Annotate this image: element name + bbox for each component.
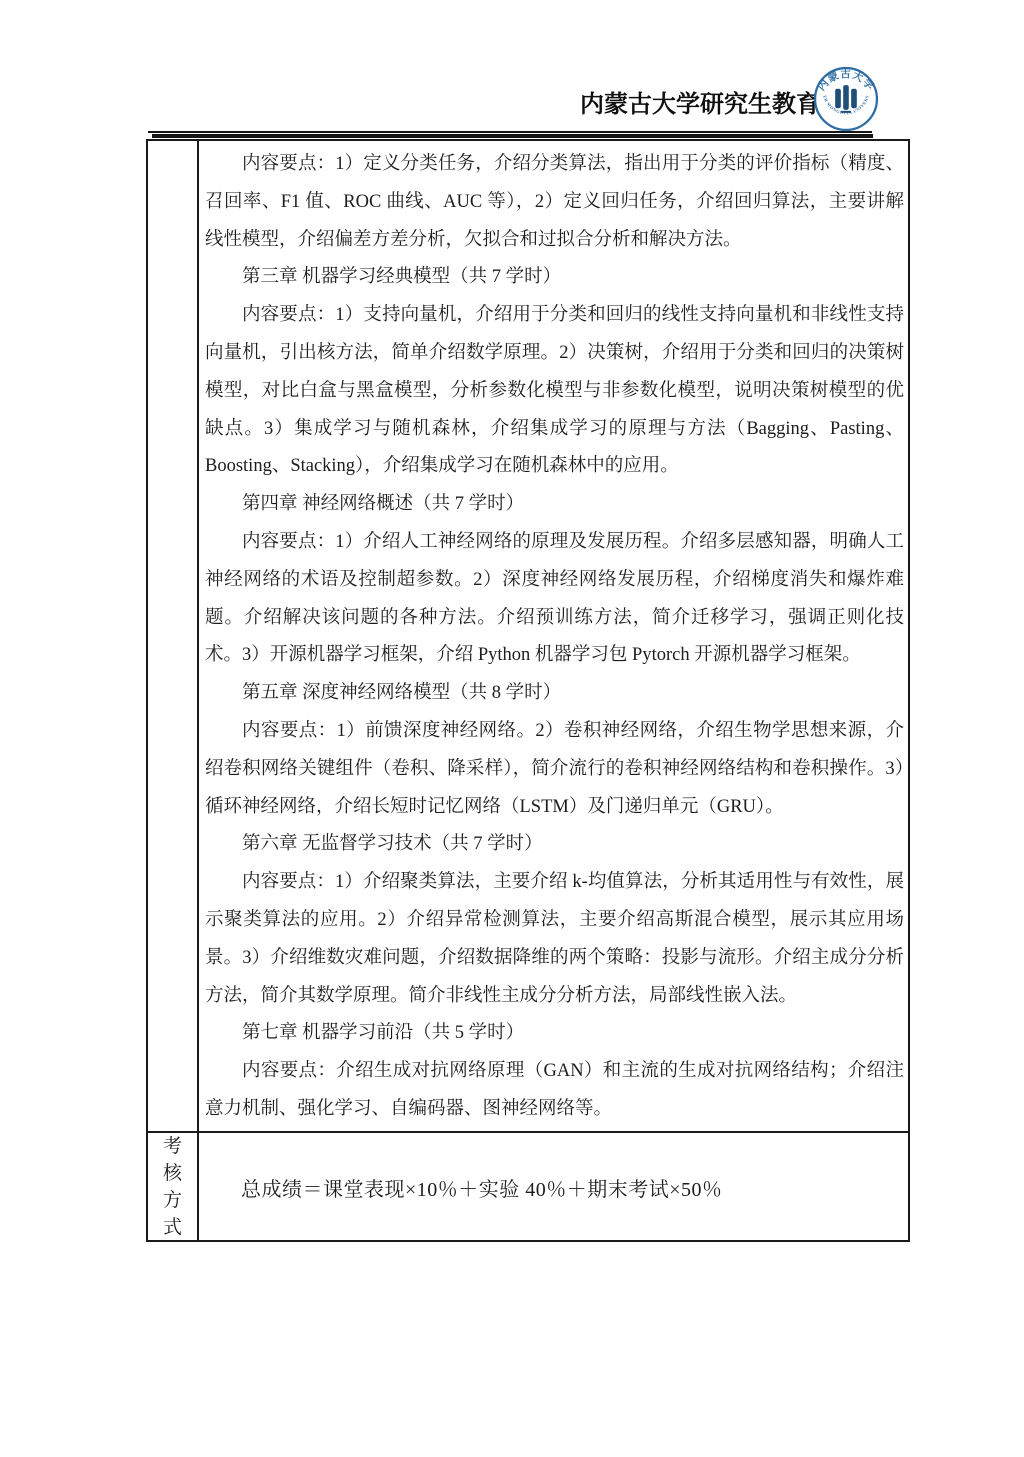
assessment-label-char: 核 [163, 1160, 182, 1187]
content-paragraph: 第四章 神经网络概述（共 7 学时） [205, 486, 904, 524]
syllabus-table: 内容要点：1）定义分类任务，介绍分类算法，指出用于分类的评价指标（精度、召回率、… [146, 139, 910, 1242]
assessment-formula-cell: 总成绩＝课堂表现×10％＋实验 40％＋期末考试×50％ [199, 1133, 908, 1241]
content-paragraph: 内容要点：1）定义分类任务，介绍分类算法，指出用于分类的评价指标（精度、召回率、… [205, 146, 904, 259]
content-paragraph: 内容要点：1）支持向量机，介绍用于分类和回归的线性支持向量机和非线性支持向量机，… [205, 297, 904, 486]
grading-formula: 总成绩＝课堂表现×10％＋实验 40％＋期末考试×50％ [241, 1173, 723, 1202]
table-stub-cell [148, 141, 199, 1133]
content-paragraph: 第三章 机器学习经典模型（共 7 学时） [205, 259, 904, 297]
assessment-method-label: 考 核 方 式 [148, 1133, 199, 1241]
assessment-label-char: 方 [163, 1187, 182, 1214]
content-paragraph: 第七章 机器学习前沿（共 5 学时） [205, 1015, 904, 1053]
assessment-label-char: 式 [163, 1214, 182, 1241]
course-content-cell: 内容要点：1）定义分类任务，介绍分类算法，指出用于分类的评价指标（精度、召回率、… [199, 141, 908, 1133]
content-paragraph: 第六章 无监督学习技术（共 7 学时） [205, 826, 904, 864]
content-paragraph: 内容要点：1）前馈深度神经网络。2）卷积神经网络，介绍生物学思想来源，介绍卷积网… [205, 713, 904, 826]
assessment-label-char: 考 [163, 1133, 182, 1160]
content-paragraph: 内容要点：1）介绍人工神经网络的原理及发展历程。介绍多层感知器，明确人工神经网络… [205, 524, 904, 675]
header-rule-thin [148, 131, 872, 133]
document-page: 内蒙古大学研究生教育 内蒙古大学 INNER MONGOLIA UNIVERSI… [0, 0, 1024, 1457]
content-paragraph: 内容要点：1）介绍聚类算法，主要介绍 k-均值算法，分析其适用性与有效性，展示聚… [205, 864, 904, 1015]
header-rule-thick [152, 134, 873, 138]
university-header-title: 内蒙古大学研究生教育 [580, 84, 812, 119]
content-paragraph: 第五章 深度神经网络模型（共 8 学时） [205, 675, 904, 713]
content-paragraph: 内容要点：介绍生成对抗网络原理（GAN）和主流的生成对抗网络结构；介绍注意力机制… [205, 1053, 904, 1129]
university-seal-logo: 内蒙古大学 INNER MONGOLIA UNIVERSITY [813, 66, 879, 132]
